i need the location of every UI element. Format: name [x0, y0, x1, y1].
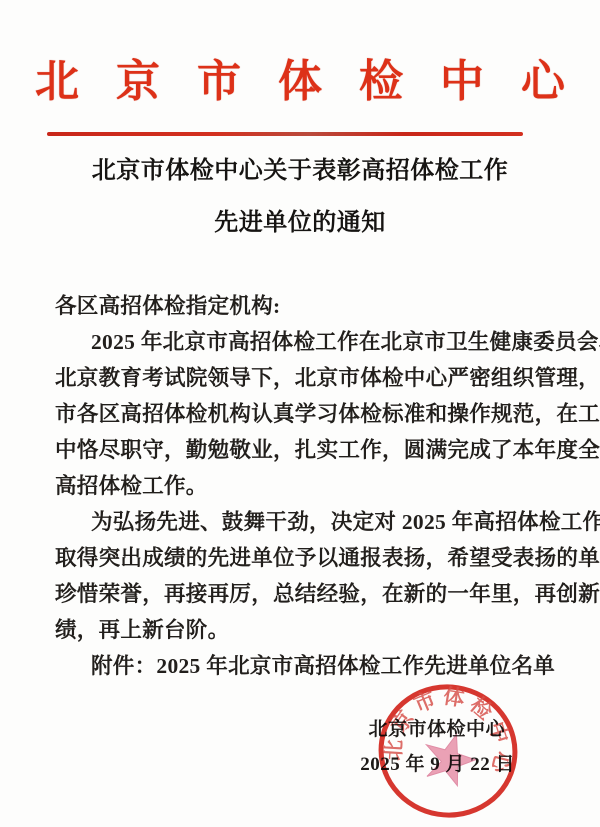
paragraph1-line: 市各区高招体检机构认真学习体检标准和操作规范，在工作 — [55, 396, 545, 432]
attachment-note: 附件：2025 年北京市高招体检工作先进单位名单 — [55, 648, 545, 684]
paragraph1-line: 2025 年北京市高招体检工作在北京市卫生健康委员会、 — [55, 324, 545, 360]
paragraph1-line: 中恪尽职守，勤勉敬业，扎实工作，圆满完成了本年度全市 — [55, 432, 545, 468]
letterhead-divider-line — [47, 132, 523, 136]
paragraph2-line: 珍惜荣誉，再接再厉，总结经验，在新的一年里，再创新业 — [55, 576, 545, 612]
paragraph2-line: 为弘扬先进、鼓舞干劲，决定对 2025 年高招体检工作中 — [55, 504, 545, 540]
signature-org-name: 北京市体检中心 — [0, 714, 505, 741]
paragraph1-line: 北京教育考试院领导下，北京市体检中心严密组织管理，全 — [55, 360, 545, 396]
paragraph2-line: 取得突出成绩的先进单位予以通报表扬，希望受表扬的单位 — [55, 540, 545, 576]
letterhead-org-name: 北 京 市 体 检 中 心 — [0, 56, 600, 108]
document-title: 北京市体检中心关于表彰高招体检工作 先进单位的通知 — [30, 145, 570, 249]
title-line-1: 北京市体检中心关于表彰高招体检工作 — [30, 145, 570, 197]
document-page: 北 京 市 体 检 中 心 北京市体检中心关于表彰高招体检工作 先进单位的通知 … — [0, 0, 600, 827]
paragraph1-line: 高招体检工作。 — [55, 468, 545, 504]
signature-date: 2025 年 9 月 22 日 — [0, 749, 515, 776]
title-line-2: 先进单位的通知 — [30, 197, 570, 249]
paragraph2-line: 绩，再上新台阶。 — [55, 612, 545, 648]
salutation: 各区高招体检指定机构: — [55, 288, 545, 324]
document-body: 各区高招体检指定机构: 2025 年北京市高招体检工作在北京市卫生健康委员会、 … — [55, 288, 545, 684]
